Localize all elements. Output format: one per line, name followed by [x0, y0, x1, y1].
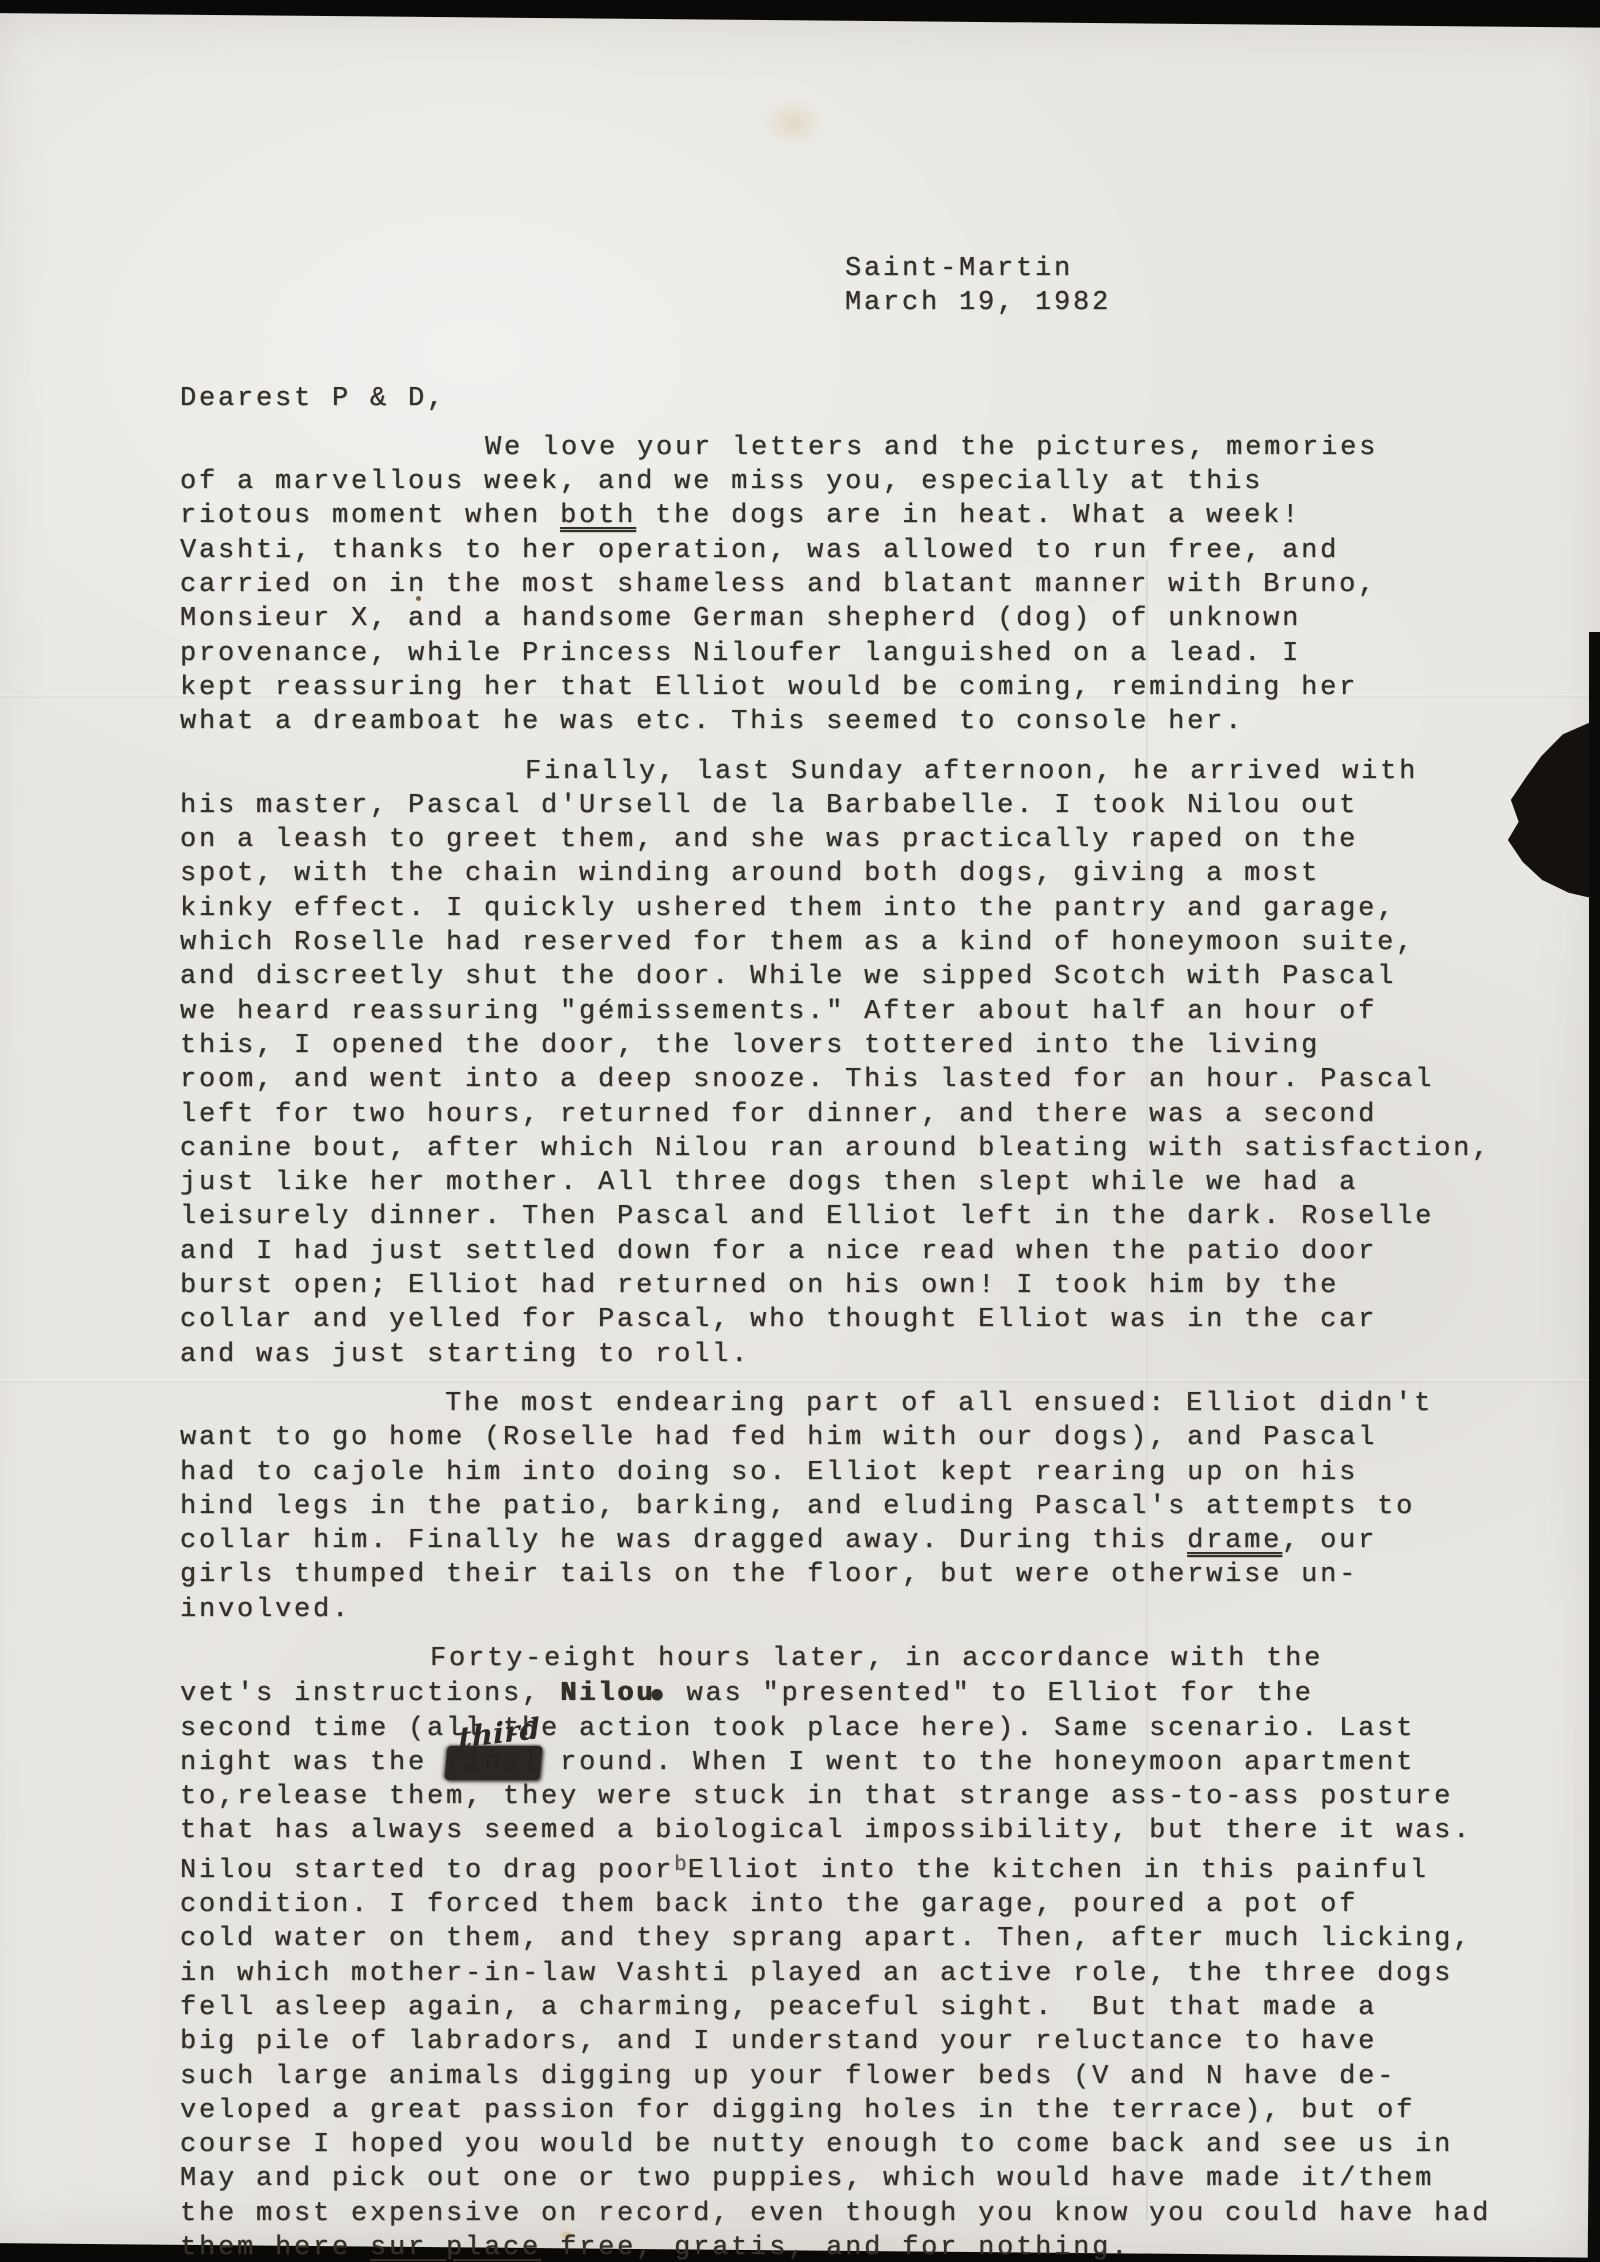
letter-line: them here sur place free, gratis, and fo…: [180, 2231, 1550, 2262]
letter-line: collar and yelled for Pascal, who though…: [180, 1303, 1550, 1337]
paper-stain: [748, 88, 838, 158]
letter-line: veloped a great passion for digging hole…: [180, 2094, 1550, 2128]
letter-line: just like her mother. All three dogs the…: [180, 1166, 1550, 1200]
letter-line: second time (all the action took place h…: [180, 1712, 1550, 1746]
letter-line: cold water on them, and they sprang apar…: [180, 1922, 1550, 1956]
letter-line: of a marvellous week, and we miss you, e…: [180, 465, 1550, 499]
letter-salutation: Dearest P & D,: [180, 382, 1550, 416]
letter-paragraph: The most endearing part of all ensued: E…: [180, 1387, 1550, 1627]
letter-line: burst open; Elliot had returned on his o…: [180, 1269, 1550, 1303]
letter-line: what a dreamboat he was etc. This seemed…: [180, 705, 1550, 739]
letter-line: hind legs in the patio, barking, and elu…: [180, 1490, 1550, 1524]
letter-line: vet's instructions, Nilou● was "presente…: [180, 1676, 1550, 1711]
letter-paragraph: Forty-eight hours later, in accordance w…: [180, 1642, 1550, 2262]
struck-out-word: finalthird: [445, 1746, 543, 1780]
scan-edge-shadow: [1589, 632, 1600, 2262]
letter-text-layer: Saint-Martin March 19, 1982 Dearest P & …: [180, 252, 1550, 2262]
letter-line: involved.: [180, 1593, 1550, 1627]
letter-line: Nilou started to drag poorbElliot into t…: [180, 1849, 1550, 1888]
handwritten-correction: third: [458, 1714, 540, 1753]
letter-line: course I hoped you would be nutty enough…: [180, 2128, 1550, 2162]
letter-line: May and pick out one or two puppies, whi…: [180, 2162, 1550, 2196]
stray-typo-character: b: [674, 1854, 688, 1877]
letter-line: Vashti, thanks to her operation, was all…: [180, 534, 1550, 568]
letter-line: big pile of labradors, and I understand …: [180, 2025, 1550, 2059]
overstruck-word: Nilou: [560, 1679, 655, 1709]
letter-line: this, I opened the door, the lovers tott…: [180, 1029, 1550, 1063]
letter-line: Forty-eight hours later, in accordance w…: [180, 1642, 1550, 1676]
underlined-word: both: [560, 501, 636, 531]
letter-line: on a leash to greet them, and she was pr…: [180, 823, 1550, 857]
letter-line: which Roselle had reserved for them as a…: [180, 926, 1550, 960]
letter-line: the most expensive on record, even thoug…: [180, 2197, 1550, 2231]
letter-line: and was just starting to roll.: [180, 1338, 1550, 1372]
letter-paragraph: Finally, last Sunday afternoon, he arriv…: [180, 755, 1550, 1372]
ink-blot: ●: [649, 1680, 667, 1710]
underlined-word: sur place: [370, 2233, 541, 2262]
letter-line: in which mother-in-law Vashti played an …: [180, 1957, 1550, 1991]
letter-line: spot, with the chain winding around both…: [180, 857, 1550, 891]
letter-line: fell asleep again, a charming, peaceful …: [180, 1991, 1550, 2025]
letter-line: leisurely dinner. Then Pascal and Elliot…: [180, 1200, 1550, 1234]
letter-place: Saint-Martin: [845, 252, 1550, 286]
letter-paragraph: We love your letters and the pictures, m…: [180, 431, 1550, 740]
letter-line: We love your letters and the pictures, m…: [180, 431, 1550, 465]
letter-body: We love your letters and the pictures, m…: [180, 431, 1550, 2262]
letter-line: that has always seemed a biological impo…: [180, 1814, 1550, 1848]
letter-line: kept reassuring her that Elliot would be…: [180, 671, 1550, 705]
letter-line: and I had just settled down for a nice r…: [180, 1235, 1550, 1269]
underlined-word: drame: [1187, 1526, 1282, 1556]
letter-line: such large animals digging up your flowe…: [180, 2060, 1550, 2094]
letter-line: left for two hours, returned for dinner,…: [180, 1098, 1550, 1132]
letter-line: girls thumped their tails on the floor, …: [180, 1558, 1550, 1592]
letter-line: Monsieur X, and a handsome German shephe…: [180, 602, 1550, 636]
scanned-letter-page: Saint-Martin March 19, 1982 Dearest P & …: [0, 0, 1600, 2262]
letter-heading: Saint-Martin March 19, 1982: [845, 252, 1550, 321]
letter-line: want to go home (Roselle had fed him wit…: [180, 1421, 1550, 1455]
letter-line: riotous moment when both the dogs are in…: [180, 499, 1550, 533]
letter-line: to,release them, they were stuck in that…: [180, 1780, 1550, 1814]
letter-line: night was the finalthird round. When I w…: [180, 1746, 1550, 1780]
letter-date: March 19, 1982: [845, 286, 1550, 320]
letter-line: carried on in the most shameless and bla…: [180, 568, 1550, 602]
letter-line: we heard reassuring "gémissements." Afte…: [180, 995, 1550, 1029]
letter-line: Finally, last Sunday afternoon, he arriv…: [180, 755, 1550, 789]
letter-line: collar him. Finally he was dragged away.…: [180, 1524, 1550, 1558]
letter-line: provenance, while Princess Niloufer lang…: [180, 637, 1550, 671]
letter-line: condition. I forced them back into the g…: [180, 1888, 1550, 1922]
letter-line: and discreetly shut the door. While we s…: [180, 960, 1550, 994]
letter-line: kinky effect. I quickly ushered them int…: [180, 892, 1550, 926]
letter-line: The most endearing part of all ensued: E…: [180, 1387, 1550, 1421]
letter-line: had to cajole him into doing so. Elliot …: [180, 1456, 1550, 1490]
letter-line: his master, Pascal d'Ursell de la Barbab…: [180, 789, 1550, 823]
letter-line: room, and went into a deep snooze. This …: [180, 1063, 1550, 1097]
letter-line: canine bout, after which Nilou ran aroun…: [180, 1132, 1550, 1166]
